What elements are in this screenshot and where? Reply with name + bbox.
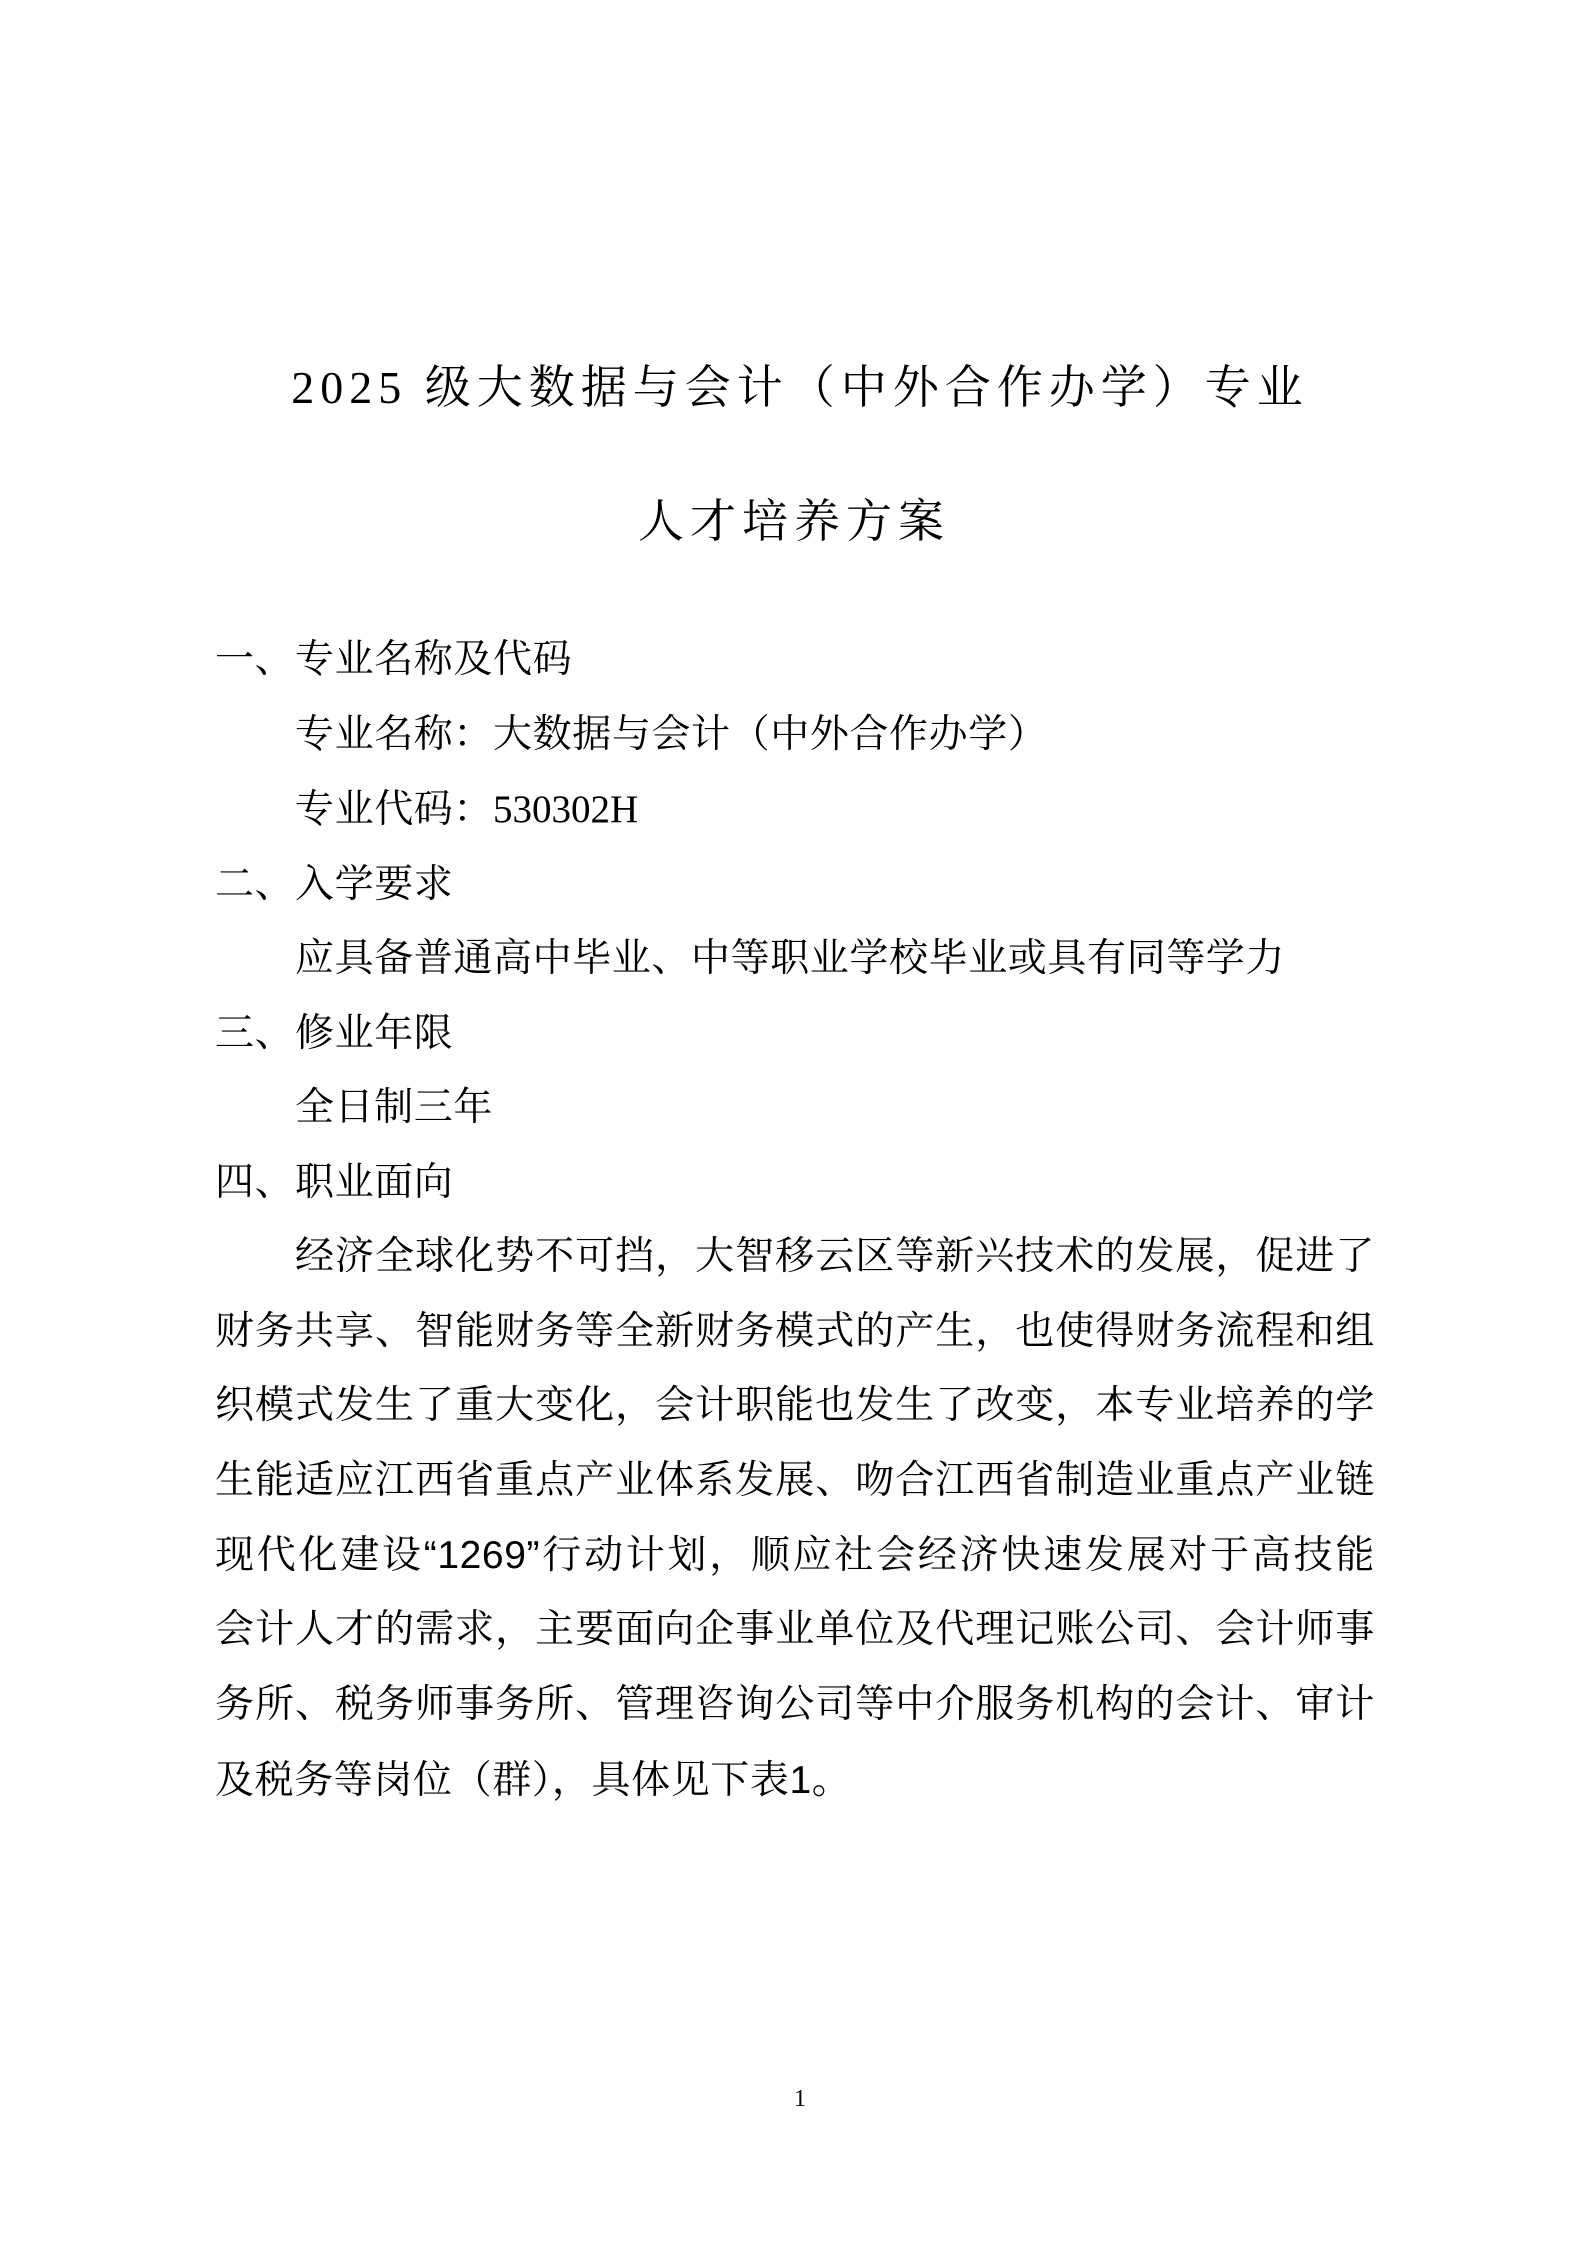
page-number: 1 xyxy=(0,2084,1588,2114)
section-number: 三、 xyxy=(215,1010,295,1058)
major-code-row: 专业代码：530302H xyxy=(295,786,1375,834)
paragraph-line: 及税务等岗位（群），具体见下表1。 xyxy=(215,1757,1375,1805)
admission-requirement-text: 应具备普通高中毕业、中等职业学校毕业或具有同等学力 xyxy=(295,935,1375,983)
section-number: 二、 xyxy=(215,861,295,909)
major-name-value: 大数据与会计（中外合作办学） xyxy=(493,713,1047,756)
document-title-line-2: 人才培养方案 xyxy=(0,494,1588,550)
section-title: 入学要求 xyxy=(295,863,453,906)
study-duration-text: 全日制三年 xyxy=(295,1084,1375,1132)
major-code-label: 专业代码： xyxy=(295,788,493,831)
paragraph-line: 生能适应江西省重点产业体系发展、吻合江西省制造业重点产业链 xyxy=(215,1457,1375,1505)
major-code-value: 530302H xyxy=(493,788,638,831)
section-heading-1: 一、专业名称及代码 xyxy=(215,636,1375,684)
section-heading-3: 三、修业年限 xyxy=(215,1010,1375,1058)
section-title: 专业名称及代码 xyxy=(295,638,572,681)
paragraph-line: 经济全球化势不可挡，大智移云区等新兴技术的发展，促进了 xyxy=(295,1233,1375,1281)
major-name-label: 专业名称： xyxy=(295,713,493,756)
paragraph-line: 财务共享、智能财务等全新财务模式的产生，也使得财务流程和组 xyxy=(215,1308,1375,1356)
paragraph-line: 务所、税务师事务所、管理咨询公司等中介服务机构的会计、审计 xyxy=(215,1681,1375,1729)
section-title: 修业年限 xyxy=(295,1012,453,1055)
paragraph-line: 会计人才的需求，主要面向企事业单位及代理记账公司、会计师事 xyxy=(215,1606,1375,1654)
section-heading-2: 二、入学要求 xyxy=(215,861,1375,909)
paragraph-line: 织模式发生了重大变化，会计职能也发生了改变，本专业培养的学 xyxy=(215,1382,1375,1430)
document-page: 2025 级大数据与会计（中外合作办学）专业 人才培养方案 一、专业名称及代码 … xyxy=(0,0,1588,2245)
paragraph-line: 现代化建设“1269”行动计划，顺应社会经济快速发展对于高技能 xyxy=(215,1532,1375,1580)
major-name-row: 专业名称：大数据与会计（中外合作办学） xyxy=(295,711,1375,759)
document-title-line-1: 2025 级大数据与会计（中外合作办学）专业 xyxy=(0,360,1588,416)
section-heading-4: 四、职业面向 xyxy=(215,1159,1375,1207)
section-number: 四、 xyxy=(215,1159,295,1207)
section-number: 一、 xyxy=(215,636,295,684)
section-title: 职业面向 xyxy=(295,1161,453,1204)
